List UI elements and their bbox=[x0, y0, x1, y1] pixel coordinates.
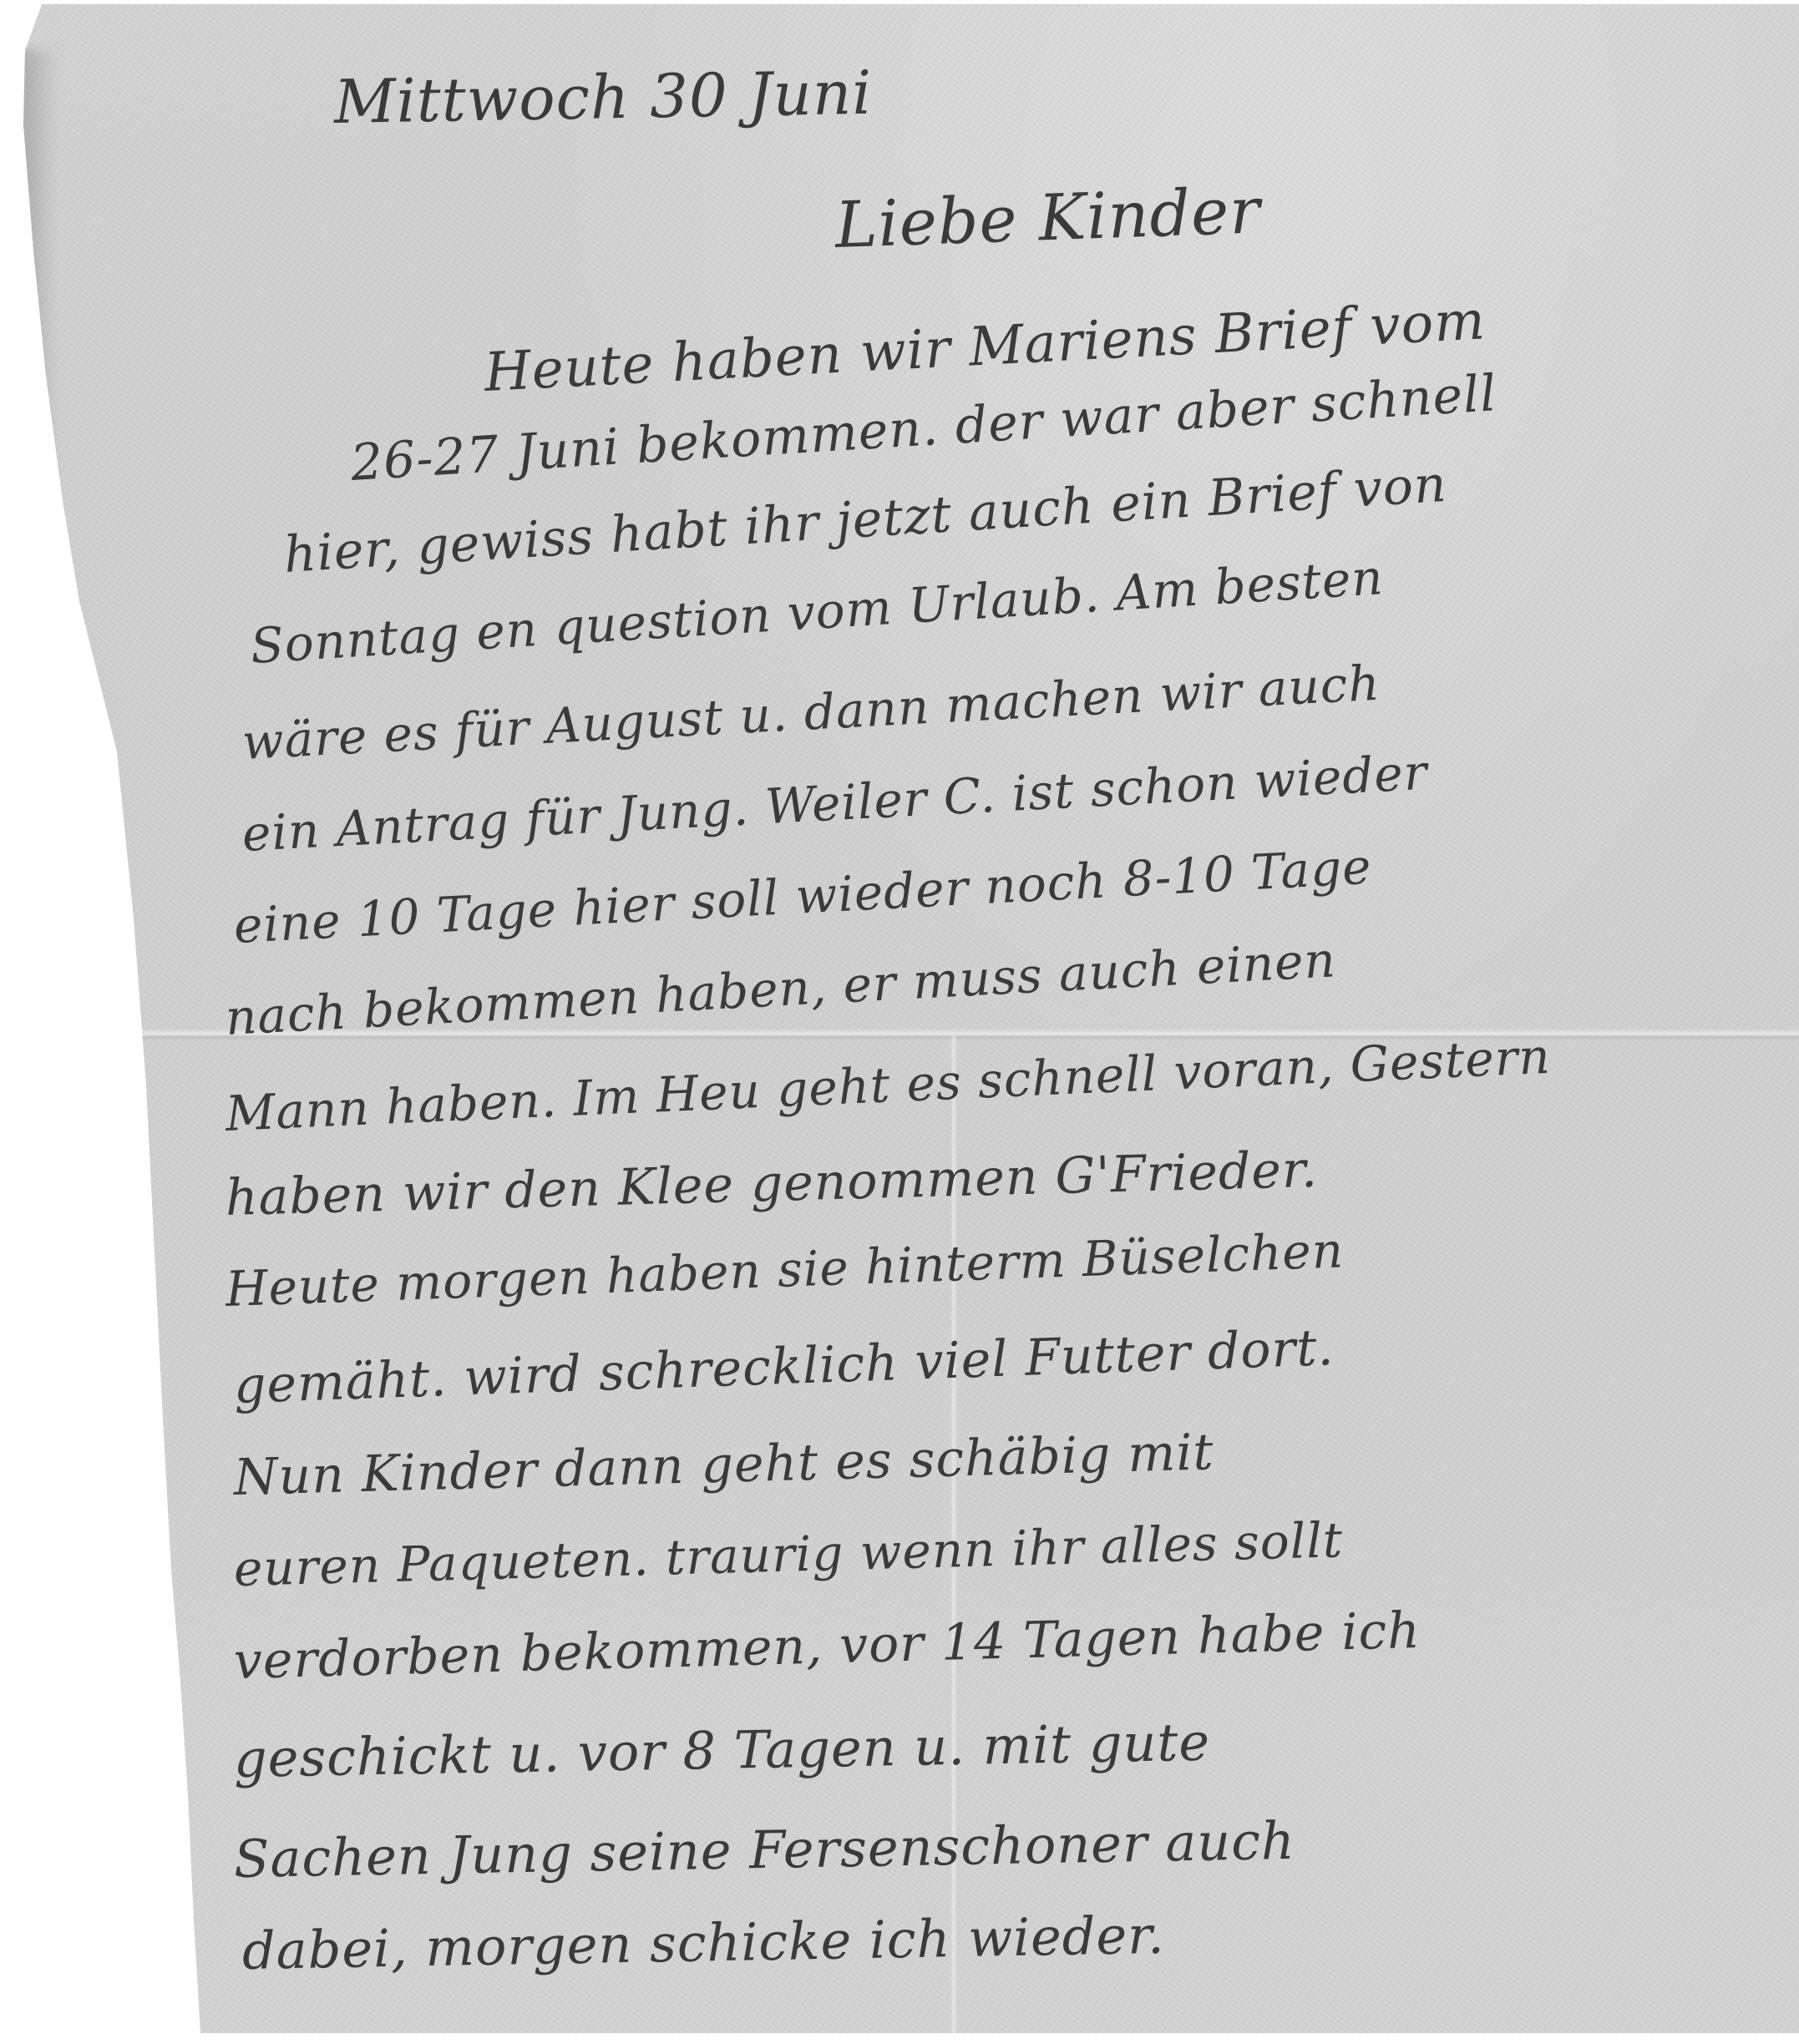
letter-line: wäre es für August u. dann machen wir au… bbox=[241, 655, 1381, 771]
letter-line: gemäht. wird schrecklich viel Futter dor… bbox=[233, 1318, 1335, 1415]
letter-line: haben wir den Klee genommen G'Frieder. bbox=[225, 1141, 1319, 1227]
letter-line: Sachen Jung seine Fersenschoner auch bbox=[233, 1810, 1295, 1890]
torn-edge-shadow bbox=[17, 50, 58, 635]
date-line: Mittwoch 30 Juni bbox=[333, 58, 873, 137]
letter-line: eine 10 Tage hier soll wieder noch 8-10 … bbox=[232, 838, 1373, 954]
letter-line: geschickt u. vor 8 Tagen u. mit gute bbox=[233, 1712, 1210, 1789]
letter-paper: Mittwoch 30 Juni Liebe Kinder Heute habe… bbox=[0, 0, 1799, 2044]
letter-line: euren Paqueten. traurig wenn ihr alles s… bbox=[233, 1511, 1344, 1597]
letter-line: dabei, morgen schicke ich wieder. bbox=[241, 1905, 1165, 1981]
letter-line: Mann haben. Im Heu geht es schnell voran… bbox=[225, 1028, 1552, 1142]
salutation: Liebe Kinder bbox=[834, 173, 1261, 262]
letter-line: Heute morgen haben sie hinterm Büselchen bbox=[225, 1222, 1345, 1318]
letter-line: Nun Kinder dann geht es schäbig mit bbox=[233, 1423, 1214, 1507]
letter-line: verdorben bekommen, vor 14 Tagen habe ic… bbox=[233, 1601, 1421, 1691]
